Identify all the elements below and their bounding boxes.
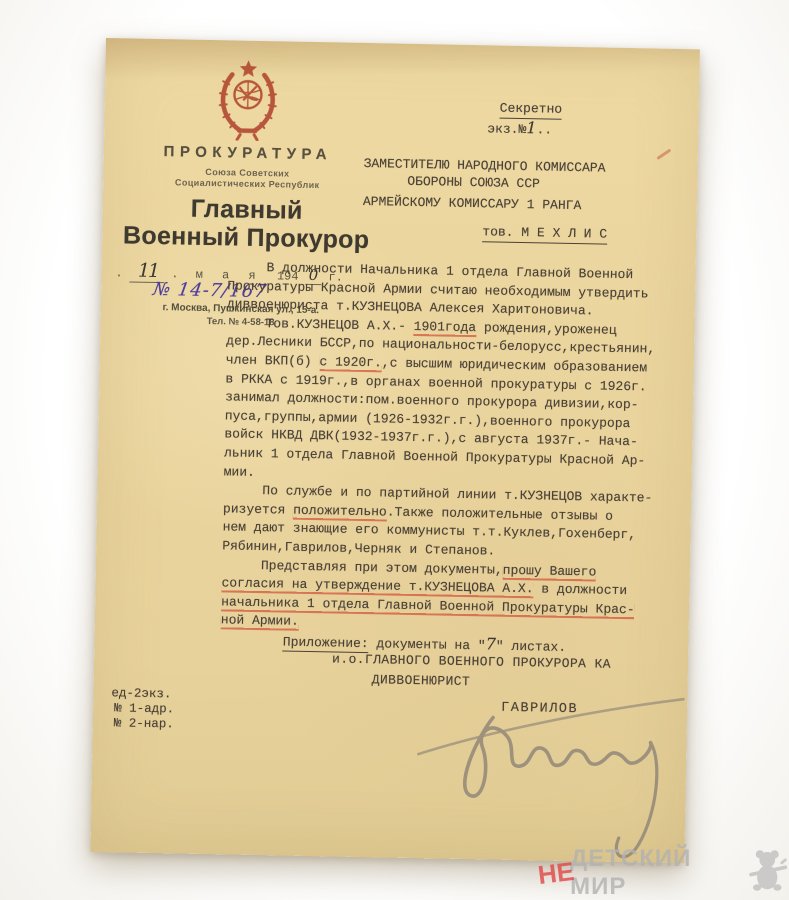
letter-body: В должности Начальника 1 отдела Главной … <box>220 258 689 659</box>
soviet-coat-of-arms-icon <box>211 58 285 141</box>
office-title-line1: Главный <box>190 195 303 225</box>
office-title: Главный Военный Прокурор <box>106 193 387 254</box>
org-name: ПРОКУРАТУРА <box>118 142 378 164</box>
office-title-line2: Военный Прокурор <box>123 221 370 254</box>
classification-block: Секретно экз.№1.. <box>487 99 562 138</box>
org-subtitle-line2: Социалистических Республик <box>175 177 320 190</box>
addressee-name: тов. М Е Х Л И С <box>482 223 607 244</box>
copies-note-line: ед-2экз. <box>111 686 174 702</box>
copies-note-line: № 2-нар. <box>114 716 174 732</box>
closing-position-line2: ДИВВОЕНЮРИСТ <box>332 670 662 693</box>
teddy-bear-icon <box>747 845 789 895</box>
org-subtitle-line1: Союза Советских <box>205 167 289 179</box>
signer-name: ГАВРИЛОВ <box>501 701 578 717</box>
addressee-block: ЗАМЕСТИТЕЛЮ НАРОДНОГО КОМИССАРА ОБОРОНЫ … <box>362 155 644 245</box>
copy-label: экз.№ <box>487 121 526 137</box>
photo-watermark: НЕ ДЕТСКИЙ МИР <box>538 845 789 900</box>
document-paper: ПРОКУРАТУРА Союза Советских Социалистиче… <box>90 38 700 863</box>
closing-block: и.о.ГЛАВНОГО ВОЕННОГО ПРОКУРОРА КА ДИВВО… <box>332 650 663 693</box>
red-check-mark <box>656 149 671 160</box>
org-subtitle: Союза Советских Социалистических Республ… <box>117 165 377 192</box>
copies-note: ед-2экз. № 1-адр. № 2-нар. <box>111 686 175 732</box>
secret-label: Секретно <box>500 100 563 120</box>
photo-stage: ПРОКУРАТУРА Союза Советских Социалистиче… <box>0 0 789 900</box>
copies-note-line: № 1-адр. <box>114 701 174 717</box>
watermark-text: ДЕТСКИЙ МИР <box>570 845 741 900</box>
copy-dots: .. <box>536 122 552 137</box>
copy-number-line: экз.№1.. <box>487 118 562 138</box>
copy-number-handwritten: 1 <box>526 118 537 137</box>
watermark-ne: НЕ <box>536 855 576 890</box>
date-dot: . <box>115 266 122 280</box>
